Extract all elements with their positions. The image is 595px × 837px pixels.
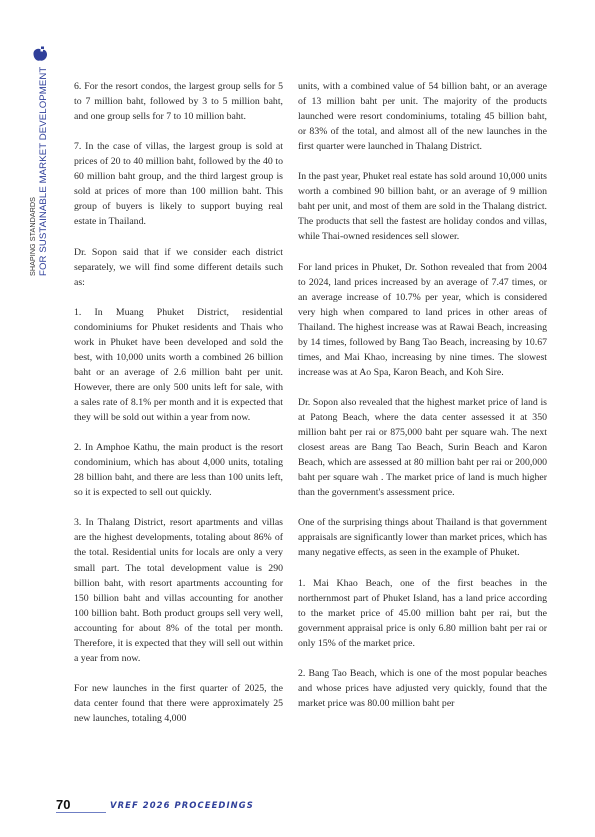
page-number: 70	[56, 797, 70, 812]
paragraph: For new launches in the first quarter of…	[74, 681, 283, 726]
paragraph: 1. Mai Khao Beach, one of the first beac…	[298, 576, 547, 651]
paragraph: units, with a combined value of 54 billi…	[298, 79, 547, 154]
paragraph: 1. In Muang Phuket District, residential…	[74, 305, 283, 425]
paragraph: 2. Bang Tao Beach, which is one of the m…	[298, 666, 547, 711]
sidebar-branding: SHAPING STANDARDS FOR SUSTAINABLE MARKET…	[24, 46, 54, 276]
paragraph: For land prices in Phuket, Dr. Sothon re…	[298, 260, 547, 380]
paragraph: 2. In Amphoe Kathu, the main product is …	[74, 440, 283, 500]
paragraph: 3. In Thalang District, resort apartment…	[74, 515, 283, 665]
paragraph: Dr. Sopon said that if we consider each …	[74, 245, 283, 290]
paragraph: In the past year, Phuket real estate has…	[298, 169, 547, 244]
paragraph: 7. In the case of villas, the largest gr…	[74, 139, 283, 229]
right-column: units, with a combined value of 54 billi…	[298, 79, 547, 726]
paragraph: One of the surprising things about Thail…	[298, 515, 547, 560]
tagline-line2: FOR SUSTAINABLE MARKET DEVELOPMENT	[38, 46, 49, 276]
tagline-line1: SHAPING STANDARDS	[28, 71, 37, 276]
publication-title: VREF 2026 PROCEEDINGS	[110, 800, 254, 810]
footer-divider	[56, 812, 106, 813]
paragraph: 6. For the resort condos, the largest gr…	[74, 79, 283, 124]
paragraph: Dr. Sopon also revealed that the highest…	[298, 395, 547, 500]
left-column: 6. For the resort condos, the largest gr…	[74, 79, 283, 741]
